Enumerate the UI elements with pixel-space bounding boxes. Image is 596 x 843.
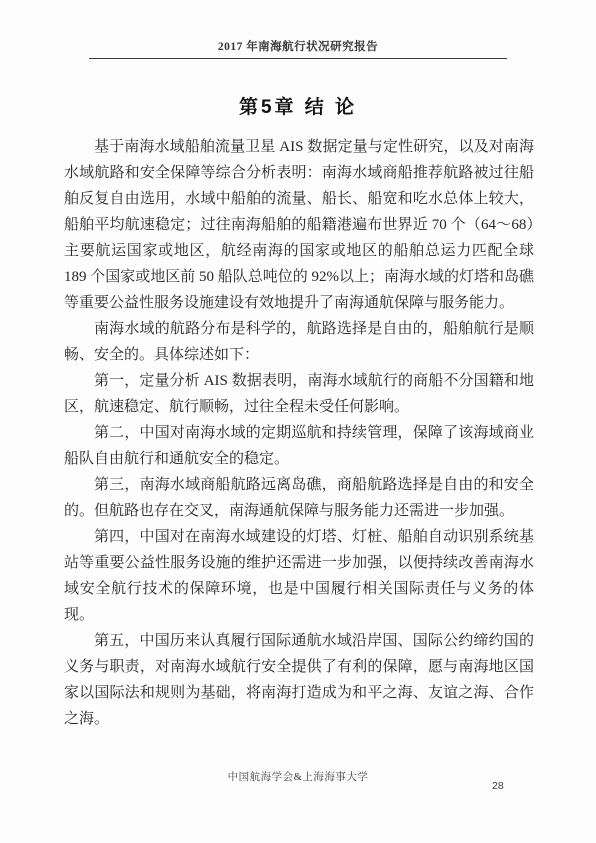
running-header: 2017 年南海航行状况研究报告: [89, 38, 507, 59]
body-text: 基于南海水域船舶流量卫星 AIS 数据定量与定性研究，以及对南海水域航路和安全保…: [64, 134, 534, 732]
paragraph-intro: 基于南海水域船舶流量卫星 AIS 数据定量与定性研究，以及对南海水域航路和安全保…: [64, 134, 534, 316]
paragraph-point-5: 第五，中国历来认真履行国际通航水域沿岸国、国际公约缔约国的义务与职责，对南海水域…: [64, 628, 534, 732]
page-number: 28: [492, 780, 504, 792]
paragraph-point-3: 第三，南海水域商船航路远离岛礁，商船航路选择是自由的和安全的。但航路也存在交叉，…: [64, 472, 534, 524]
chapter-title: 第5章 结 论: [0, 92, 596, 119]
paragraph-point-2: 第二，中国对南海水域的定期巡航和持续管理，保障了该海域商业船队自由航行和通航安全…: [64, 420, 534, 472]
paragraph-summary-lead: 南海水域的航路分布是科学的，航路选择是自由的，船舶航行是顺畅、安全的。具体综述如…: [64, 316, 534, 368]
paragraph-point-1: 第一，定量分析 AIS 数据表明，南海水域航行的商船不分国籍和地区，航速稳定、航…: [64, 368, 534, 420]
paragraph-point-4: 第四，中国对在南海水域建设的灯塔、灯桩、船舶自动识别系统基站等重要公益性服务设施…: [64, 524, 534, 628]
document-page: 2017 年南海航行状况研究报告 第5章 结 论 基于南海水域船舶流量卫星 AI…: [0, 0, 596, 843]
footer-organization: 中国航海学会&上海海事大学: [0, 769, 596, 784]
